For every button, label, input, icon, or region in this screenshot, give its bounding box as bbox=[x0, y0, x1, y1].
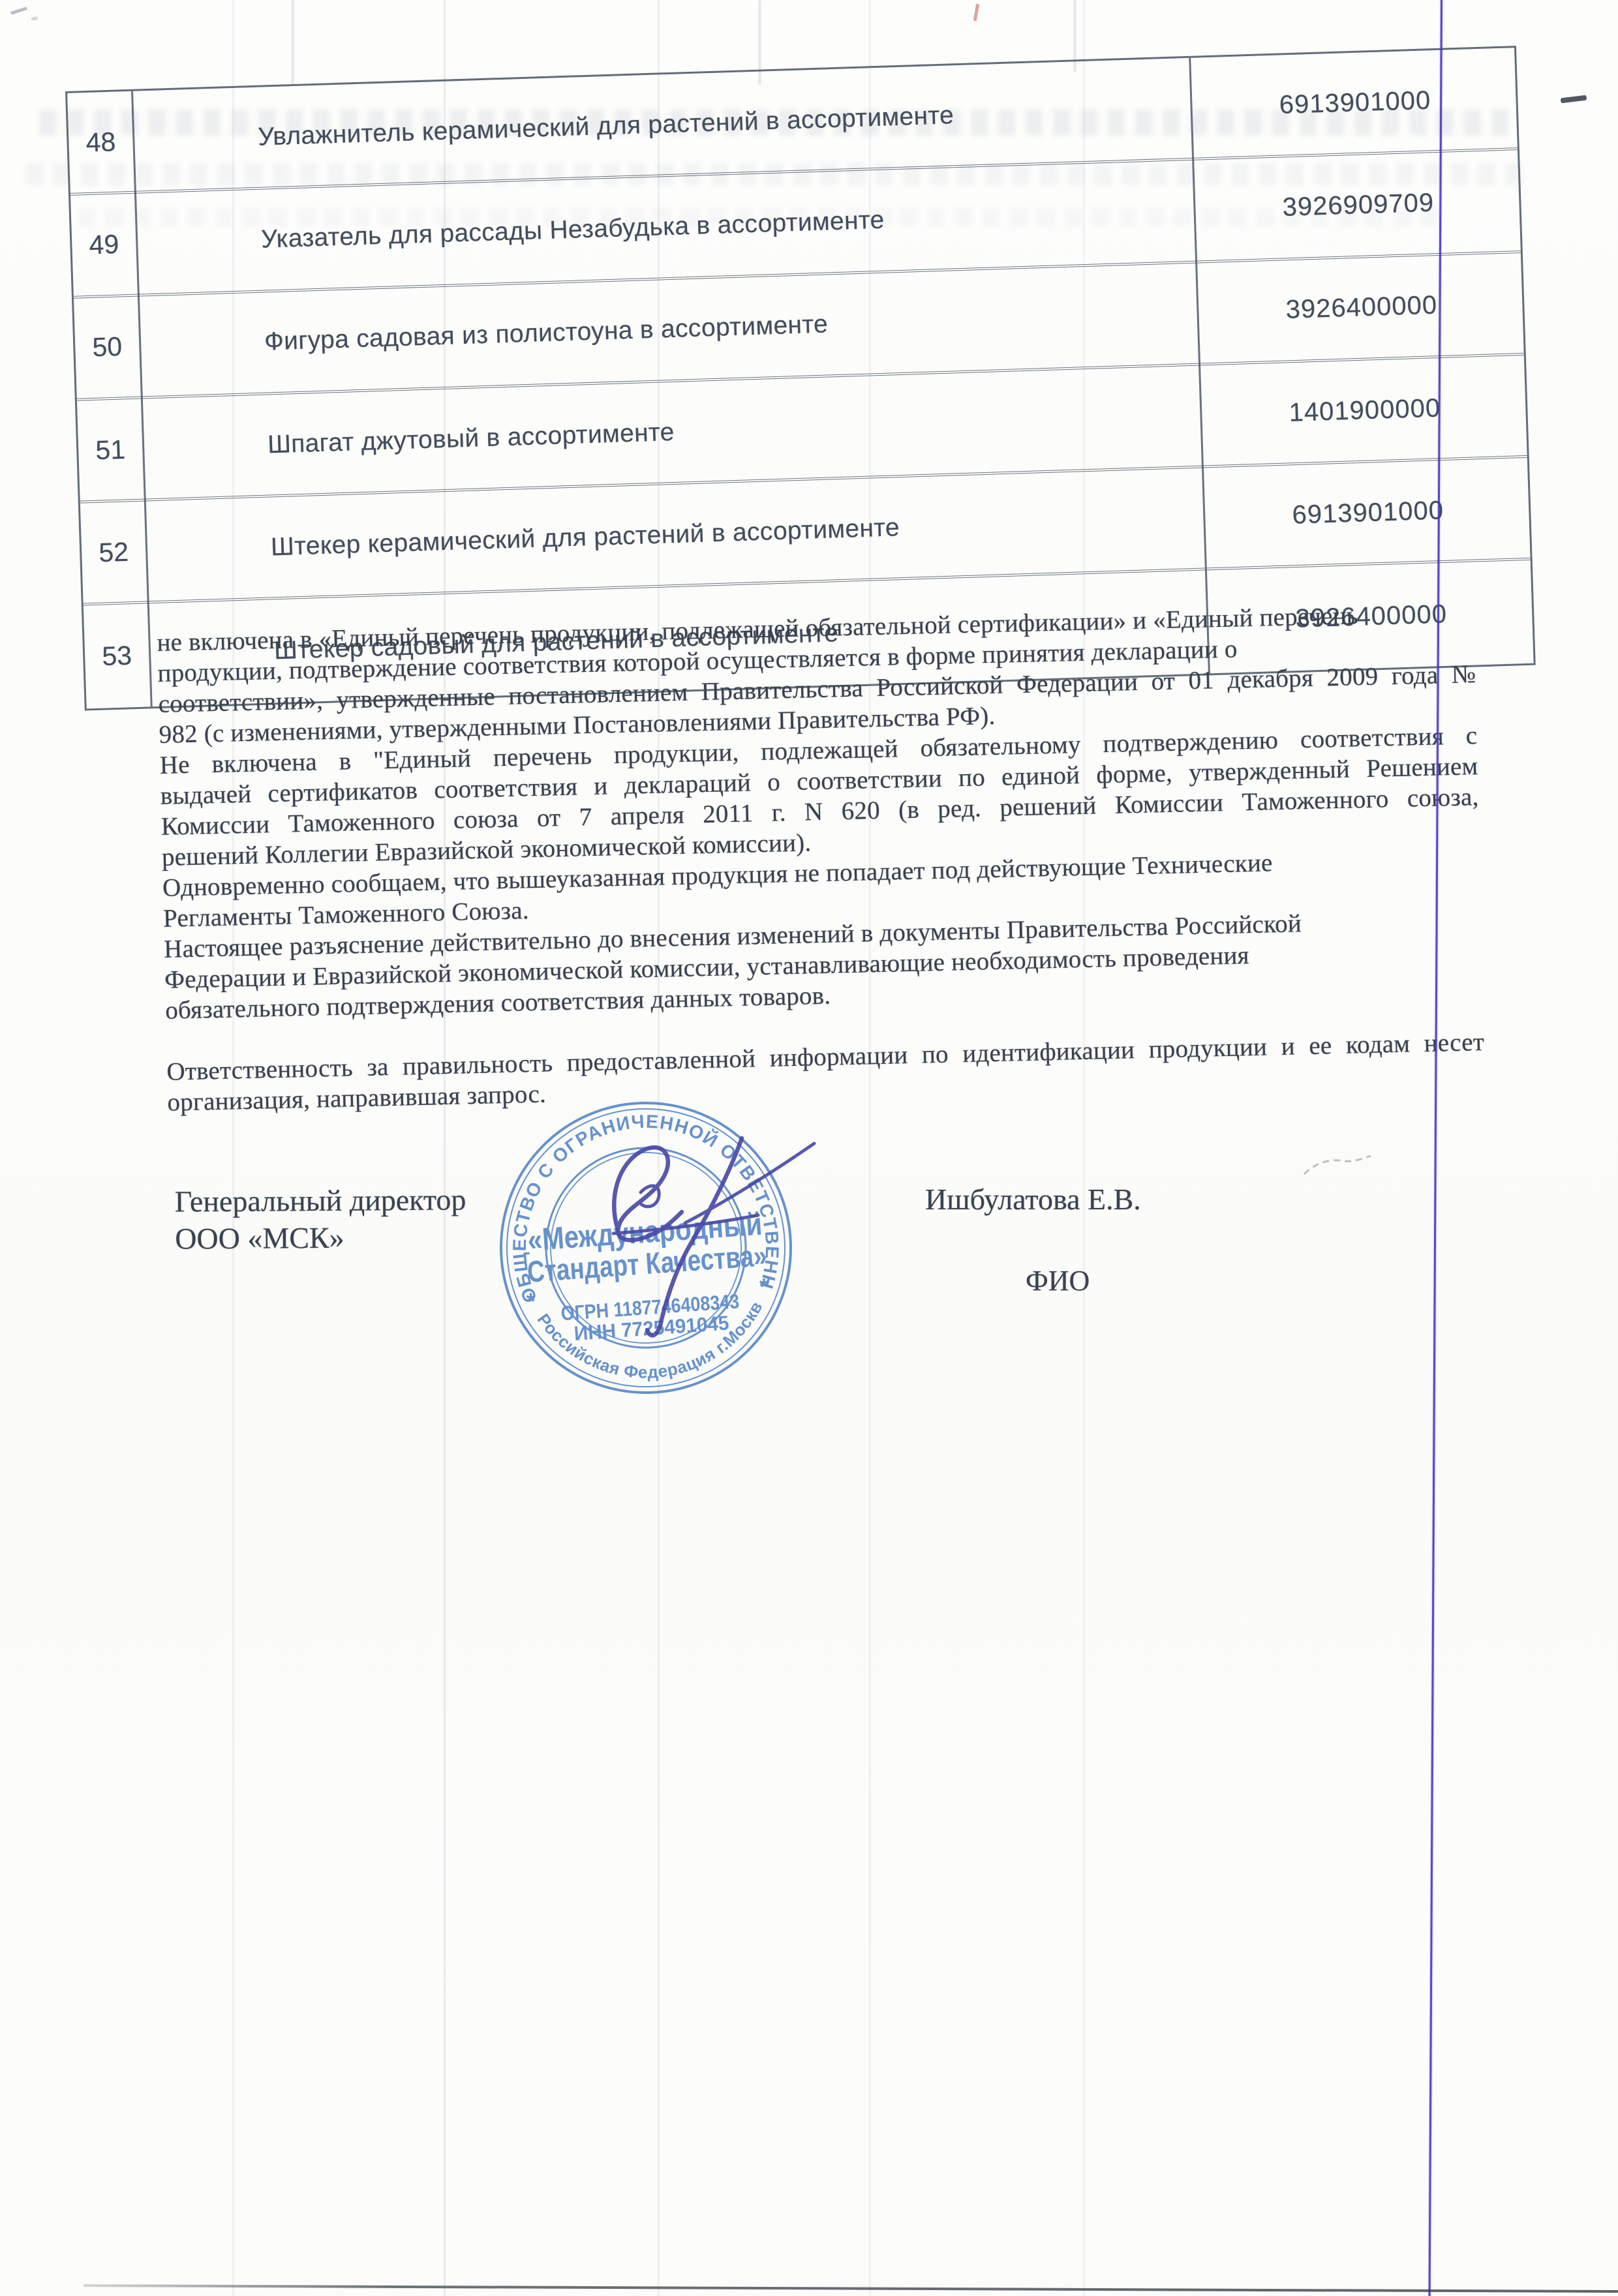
signer-position: Генеральный директор ООО «МСК» bbox=[175, 1181, 466, 1257]
margin-mark bbox=[31, 16, 38, 21]
row-number: 49 bbox=[72, 228, 136, 261]
stamp-star-right: * bbox=[759, 1273, 769, 1299]
page-bottom-edge bbox=[84, 2284, 1618, 2293]
product-name: Шпагат джутовый в ассортименте bbox=[267, 402, 1187, 459]
corner-dash-mark bbox=[1561, 95, 1587, 104]
product-code: 3926400000 bbox=[1197, 288, 1527, 328]
product-code: 6913901000 bbox=[1203, 493, 1533, 533]
body-text: не включена в «Единый перечень продукции… bbox=[157, 597, 1486, 1118]
pencil-squiggle bbox=[1304, 1156, 1371, 1174]
row-number: 51 bbox=[78, 434, 143, 466]
company-stamp: ОБЩЕСТВО С ОГРАНИЧЕННОЙ ОТВЕТСТВЕННОСТЬЮ… bbox=[457, 1059, 835, 1437]
stamp-rings: ОБЩЕСТВО С ОГРАНИЧЕННОЙ ОТВЕТСТВЕННОСТЬЮ… bbox=[457, 1059, 796, 1400]
bleed-through-line bbox=[292, 0, 294, 85]
pencil-mark bbox=[1302, 1153, 1373, 1182]
signer-position-line2: ООО «МСК» bbox=[175, 1218, 466, 1257]
signer-position-line1: Генеральный директор bbox=[175, 1181, 466, 1220]
row-number: 50 bbox=[75, 331, 140, 363]
fio-label: ФИО bbox=[1026, 1264, 1090, 1297]
row-number: 48 bbox=[69, 126, 133, 159]
product-code: 6913901000 bbox=[1190, 83, 1520, 123]
product-name: Указатель для рассады Незабудька в ассор… bbox=[261, 196, 1181, 254]
signer-name: Ишбулатова Е.В. bbox=[925, 1182, 1141, 1216]
row-number: 53 bbox=[85, 640, 149, 672]
product-code: 3926909709 bbox=[1193, 185, 1523, 225]
product-name: Увлажнитель керамический для растений в … bbox=[258, 94, 1178, 151]
product-name: Штекер керамический для растений в ассор… bbox=[270, 504, 1190, 562]
product-name: Фигура садовая из полистоуна в ассортиме… bbox=[264, 299, 1184, 357]
product-code: 1401900000 bbox=[1200, 391, 1530, 430]
row-number: 52 bbox=[82, 536, 146, 569]
red-ink-speck bbox=[973, 4, 979, 21]
stamp-star-left: * bbox=[526, 1288, 536, 1314]
margin-mark bbox=[10, 7, 27, 15]
scanned-document-page: 48Увлажнитель керамический для растений … bbox=[0, 0, 1618, 2296]
